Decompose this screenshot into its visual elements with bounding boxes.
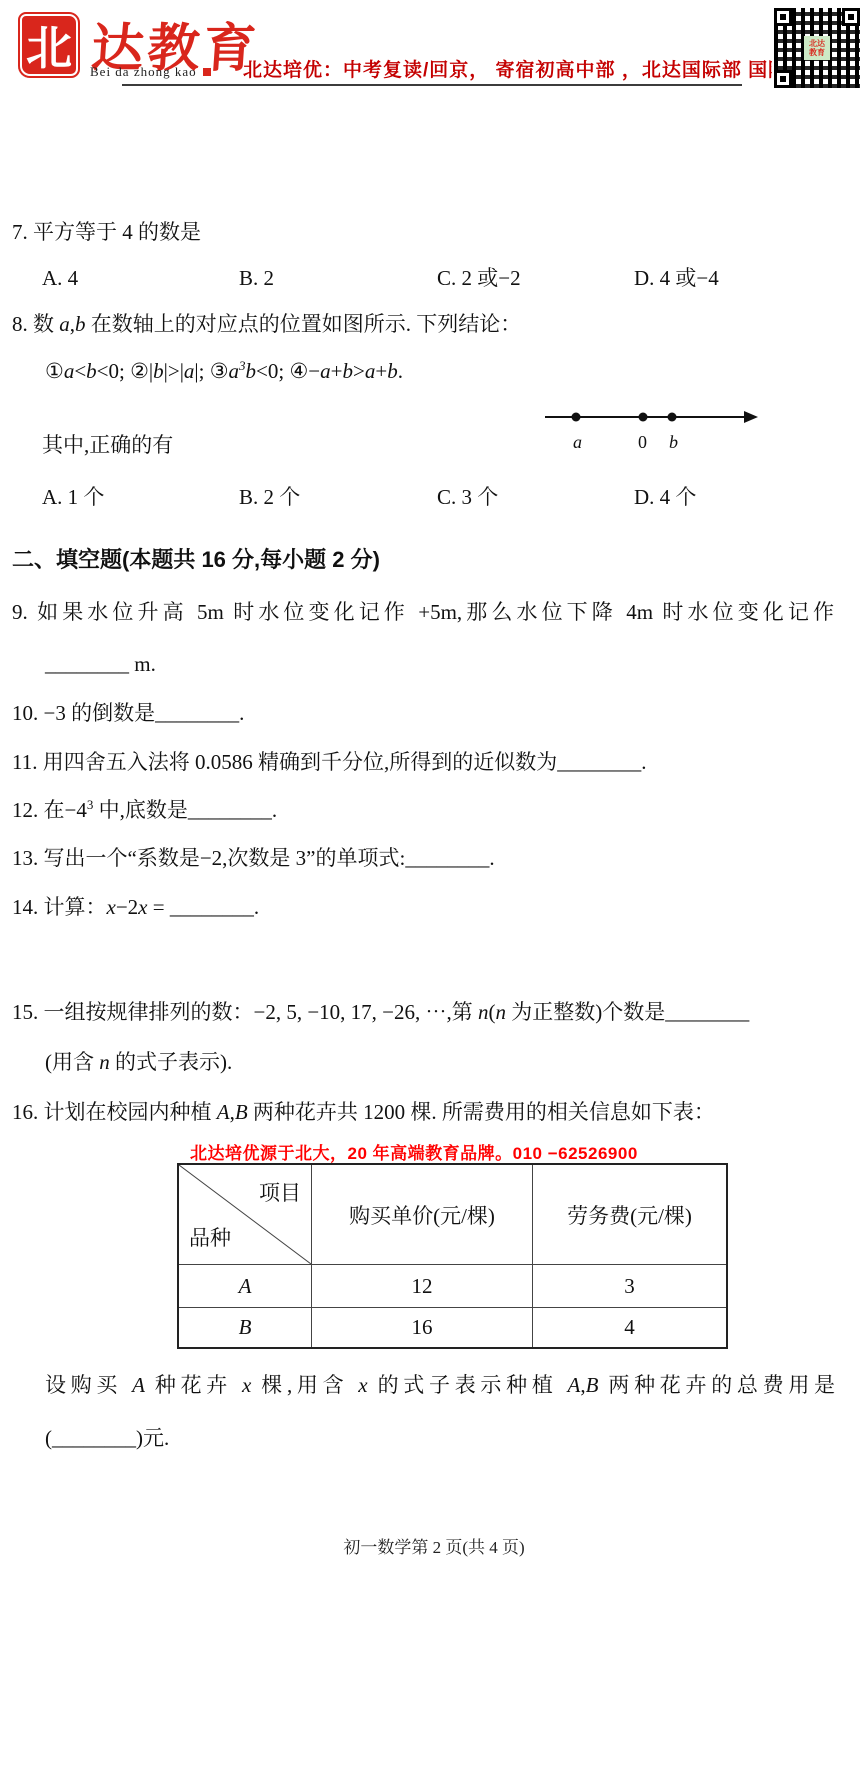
arrowhead-icon bbox=[744, 411, 758, 423]
corner-label-species: 品种 bbox=[189, 1222, 231, 1252]
q10-stem: 10. −3 的倒数是________. bbox=[12, 699, 244, 727]
q8-options: A. 1 个 B. 2 个 C. 3 个 D. 4 个 bbox=[0, 483, 868, 511]
table-corner-cell: 项目 品种 bbox=[179, 1165, 311, 1264]
q16-answer-blank: (________)元. bbox=[45, 1424, 169, 1452]
point-a-dot bbox=[572, 413, 581, 422]
q8-option-b: B. 2 个 bbox=[239, 483, 300, 511]
q12-stem: 12. 在−43 中,底数是________. bbox=[12, 796, 277, 824]
header-tagline: 北达培优：中考复读/回京， 寄宿初高中部 ，北达国际部 国际竞赛部 bbox=[243, 55, 848, 82]
q8-conclusion: 其中,正确的有 bbox=[42, 431, 173, 459]
qr-center-badge: 北达 教育 bbox=[804, 36, 830, 60]
cost-table: 项目 品种 购买单价(元/棵) 劳务费(元/棵) A 12 3 B 16 4 bbox=[177, 1163, 728, 1349]
point-b-dot bbox=[668, 413, 677, 422]
logo-subtext-latin: Bei da zhong kao bbox=[90, 64, 197, 80]
q7-option-a: A. 4 bbox=[42, 264, 78, 292]
point-origin-dot bbox=[639, 413, 648, 422]
section-2-heading: 二、填空题(本题共 16 分,每小题 2 分) bbox=[12, 546, 380, 574]
logo-subtext: Bei da zhong kao bbox=[90, 64, 211, 80]
q16-followup: 设购买 A 种花卉 x 棵,用含 x 的式子表示种植 A,B 两种花卉的总费用是 bbox=[45, 1371, 835, 1399]
logo-bullet-icon bbox=[203, 68, 211, 76]
page-footer: 初一数学第 2 页(共 4 页) bbox=[0, 1533, 868, 1558]
q8-option-d: D. 4 个 bbox=[634, 483, 696, 511]
q9-answer-blank: ________ m. bbox=[45, 650, 156, 678]
logo-seal-char: 北 bbox=[26, 12, 72, 78]
qr-finder-topright-icon bbox=[842, 8, 860, 26]
q15-note: (用含 n 的式子表示). bbox=[45, 1048, 232, 1076]
q13-stem: 13. 写出一个“系数是−2,次数是 3”的单项式:________. bbox=[12, 844, 495, 872]
numberline-label-a: a bbox=[573, 432, 582, 452]
q8-option-c: C. 3 个 bbox=[437, 483, 498, 511]
q16-stem: 16. 计划在校园内种植 A,B 两种花卉共 1200 棵. 所需费用的相关信息… bbox=[12, 1098, 715, 1126]
row-a-labor: 3 bbox=[532, 1264, 726, 1307]
row-b-price: 16 bbox=[311, 1307, 532, 1347]
exam-page: 北 达教育 Bei da zhong kao 北达培优：中考复读/回京， 寄宿初… bbox=[0, 0, 868, 1772]
row-a-species: A bbox=[179, 1264, 311, 1307]
qr-finder-topleft-icon bbox=[774, 8, 792, 26]
q8-stem: 8. 数 a,b 在数轴上的对应点的位置如图所示. 下列结论： bbox=[12, 310, 521, 338]
logo-seal: 北 bbox=[18, 12, 80, 78]
corner-label-item: 项目 bbox=[259, 1177, 301, 1207]
row-a-price: 12 bbox=[311, 1264, 532, 1307]
q9-stem: 9. 如果水位升高 5m 时水位变化记作 +5m,那么水位下降 4m 时水位变化… bbox=[12, 598, 834, 626]
q8-statements: ①a<b<0; ②|b|>|a|; ③a3b<0; ④−a+b>a+b. bbox=[45, 357, 403, 385]
qr-finder-bottomleft-icon bbox=[774, 70, 792, 88]
numberline-label-b: b bbox=[669, 432, 678, 452]
row-b-labor: 4 bbox=[532, 1307, 726, 1347]
col-header-labor: 劳务费(元/棵) bbox=[532, 1165, 726, 1264]
q7-option-d: D. 4 或−4 bbox=[634, 264, 719, 292]
row-b-species: B bbox=[179, 1307, 311, 1347]
q7-option-c: C. 2 或−2 bbox=[437, 264, 521, 292]
q7-stem: 7. 平方等于 4 的数是 bbox=[12, 218, 201, 246]
qr-modules: 北达 教育 bbox=[774, 8, 860, 88]
numberline-label-zero: 0 bbox=[638, 432, 647, 452]
q14-stem: 14. 计算：x−2x = ________. bbox=[12, 893, 259, 921]
number-line-figure: a 0 b bbox=[540, 400, 768, 458]
header-divider bbox=[122, 84, 742, 86]
promo-banner: 北达培优源于北大，20 年高端教育品牌。010 −62526900 bbox=[190, 1139, 638, 1164]
qr-code: 北达 教育 bbox=[772, 6, 862, 90]
q15-stem: 15. 一组按规律排列的数：−2, 5, −10, 17, −26, ⋯,第 n… bbox=[12, 998, 749, 1026]
q8-option-a: A. 1 个 bbox=[42, 483, 104, 511]
q11-stem: 11. 用四舍五入法将 0.0586 精确到千分位,所得到的近似数为______… bbox=[12, 748, 646, 776]
q7-options: A. 4 B. 2 C. 2 或−2 D. 4 或−4 bbox=[0, 264, 868, 292]
col-header-price: 购买单价(元/棵) bbox=[311, 1165, 532, 1264]
q7-option-b: B. 2 bbox=[239, 264, 274, 292]
